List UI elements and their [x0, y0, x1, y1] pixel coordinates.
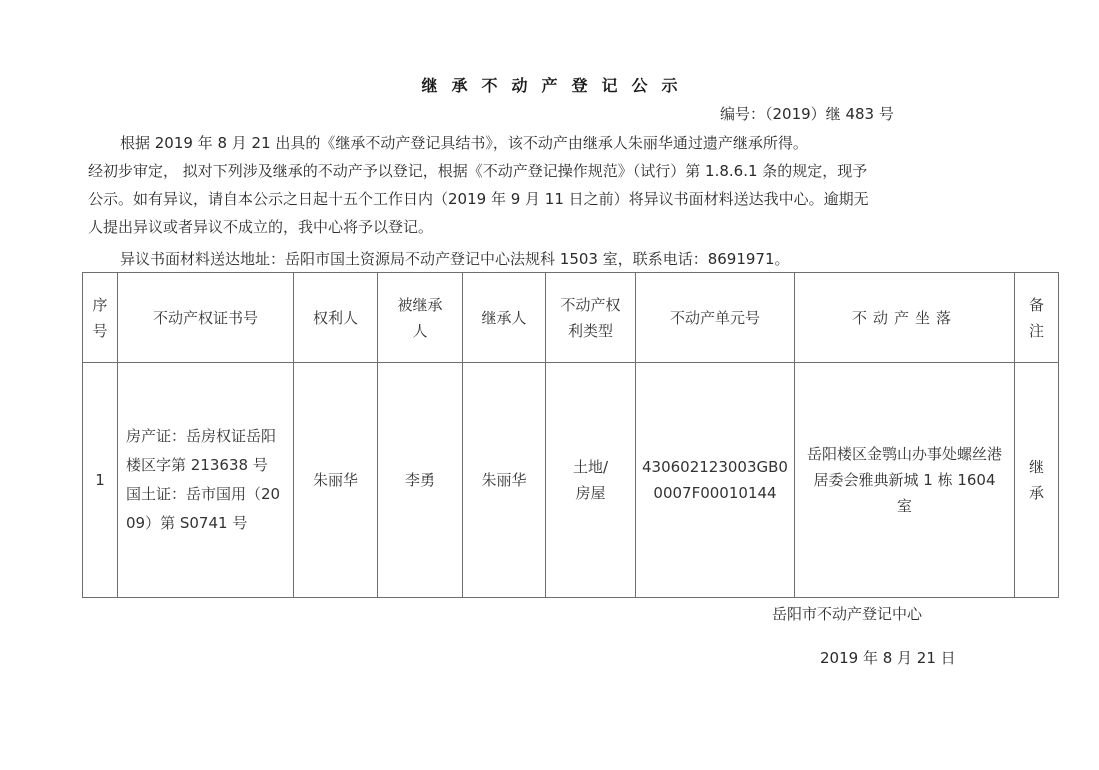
header-cert-no: 不动产权证书号 [118, 273, 294, 363]
header-decedent: 被继承人 [378, 273, 463, 363]
table-header-row: 序号 不动产权证书号 权利人 被继承人 继承人 不动产权利类型 不动产单元号 不… [83, 273, 1059, 363]
issue-date: 2019 年 8 月 21 日 [820, 647, 956, 668]
header-seq: 序号 [83, 273, 118, 363]
document-number: 编号：（2019）继 483 号 [720, 103, 894, 124]
header-remark: 备注 [1015, 273, 1059, 363]
cell-location: 岳阳楼区金鹗山办事处螺丝港居委会雅典新城 1 栋 1604 室 [795, 363, 1015, 598]
header-unit-no: 不动产单元号 [636, 273, 795, 363]
cell-seq: 1 [83, 363, 118, 598]
cell-unit-no: 430602123003GB00007F00010144 [636, 363, 795, 598]
header-location: 不动产坐落 [795, 273, 1015, 363]
document-title: 继承不动产登记公示 [0, 73, 1099, 96]
table-row: 1 房产证：岳房权证岳阳楼区字第 213638 号 国土证：岳市国用（2009）… [83, 363, 1059, 598]
paragraph-contact-address: 异议书面材料送达地址：岳阳市国土资源局不动产登记中心法规科 1503 室，联系电… [120, 245, 790, 273]
cell-decedent: 李勇 [378, 363, 463, 598]
cell-right-holder: 朱丽华 [294, 363, 378, 598]
header-right-holder: 权利人 [294, 273, 378, 363]
cell-right-type: 土地/房屋 [546, 363, 636, 598]
cell-heir: 朱丽华 [463, 363, 546, 598]
header-heir: 继承人 [463, 273, 546, 363]
cell-cert-no: 房产证：岳房权证岳阳楼区字第 213638 号 国土证：岳市国用（2009）第 … [118, 363, 294, 598]
cert-land: 国土证：岳市国用（2009）第 S0741 号 [126, 480, 289, 538]
paragraph-basis: 根据 2019 年 8 月 21 出具的《继承不动产登记具结书》，该不动产由继承… [120, 129, 808, 157]
registration-table: 序号 不动产权证书号 权利人 被继承人 继承人 不动产权利类型 不动产单元号 不… [82, 272, 1059, 598]
cell-remark: 继承 [1015, 363, 1059, 598]
paragraph-registration-note: 人提出异议或者异议不成立的，我中心将予以登记。 [88, 213, 433, 241]
paragraph-objection-period: 公示。如有异议，请自本公示之日起十五个工作日内（2019 年 9 月 11 日之… [88, 185, 869, 213]
header-right-type: 不动产权利类型 [546, 273, 636, 363]
paragraph-review: 经初步审定， 拟对下列涉及继承的不动产予以登记，根据《不动产登记操作规范》（试行… [88, 157, 867, 185]
issuing-organization: 岳阳市不动产登记中心 [772, 603, 922, 624]
cert-house: 房产证：岳房权证岳阳楼区字第 213638 号 [126, 422, 289, 480]
